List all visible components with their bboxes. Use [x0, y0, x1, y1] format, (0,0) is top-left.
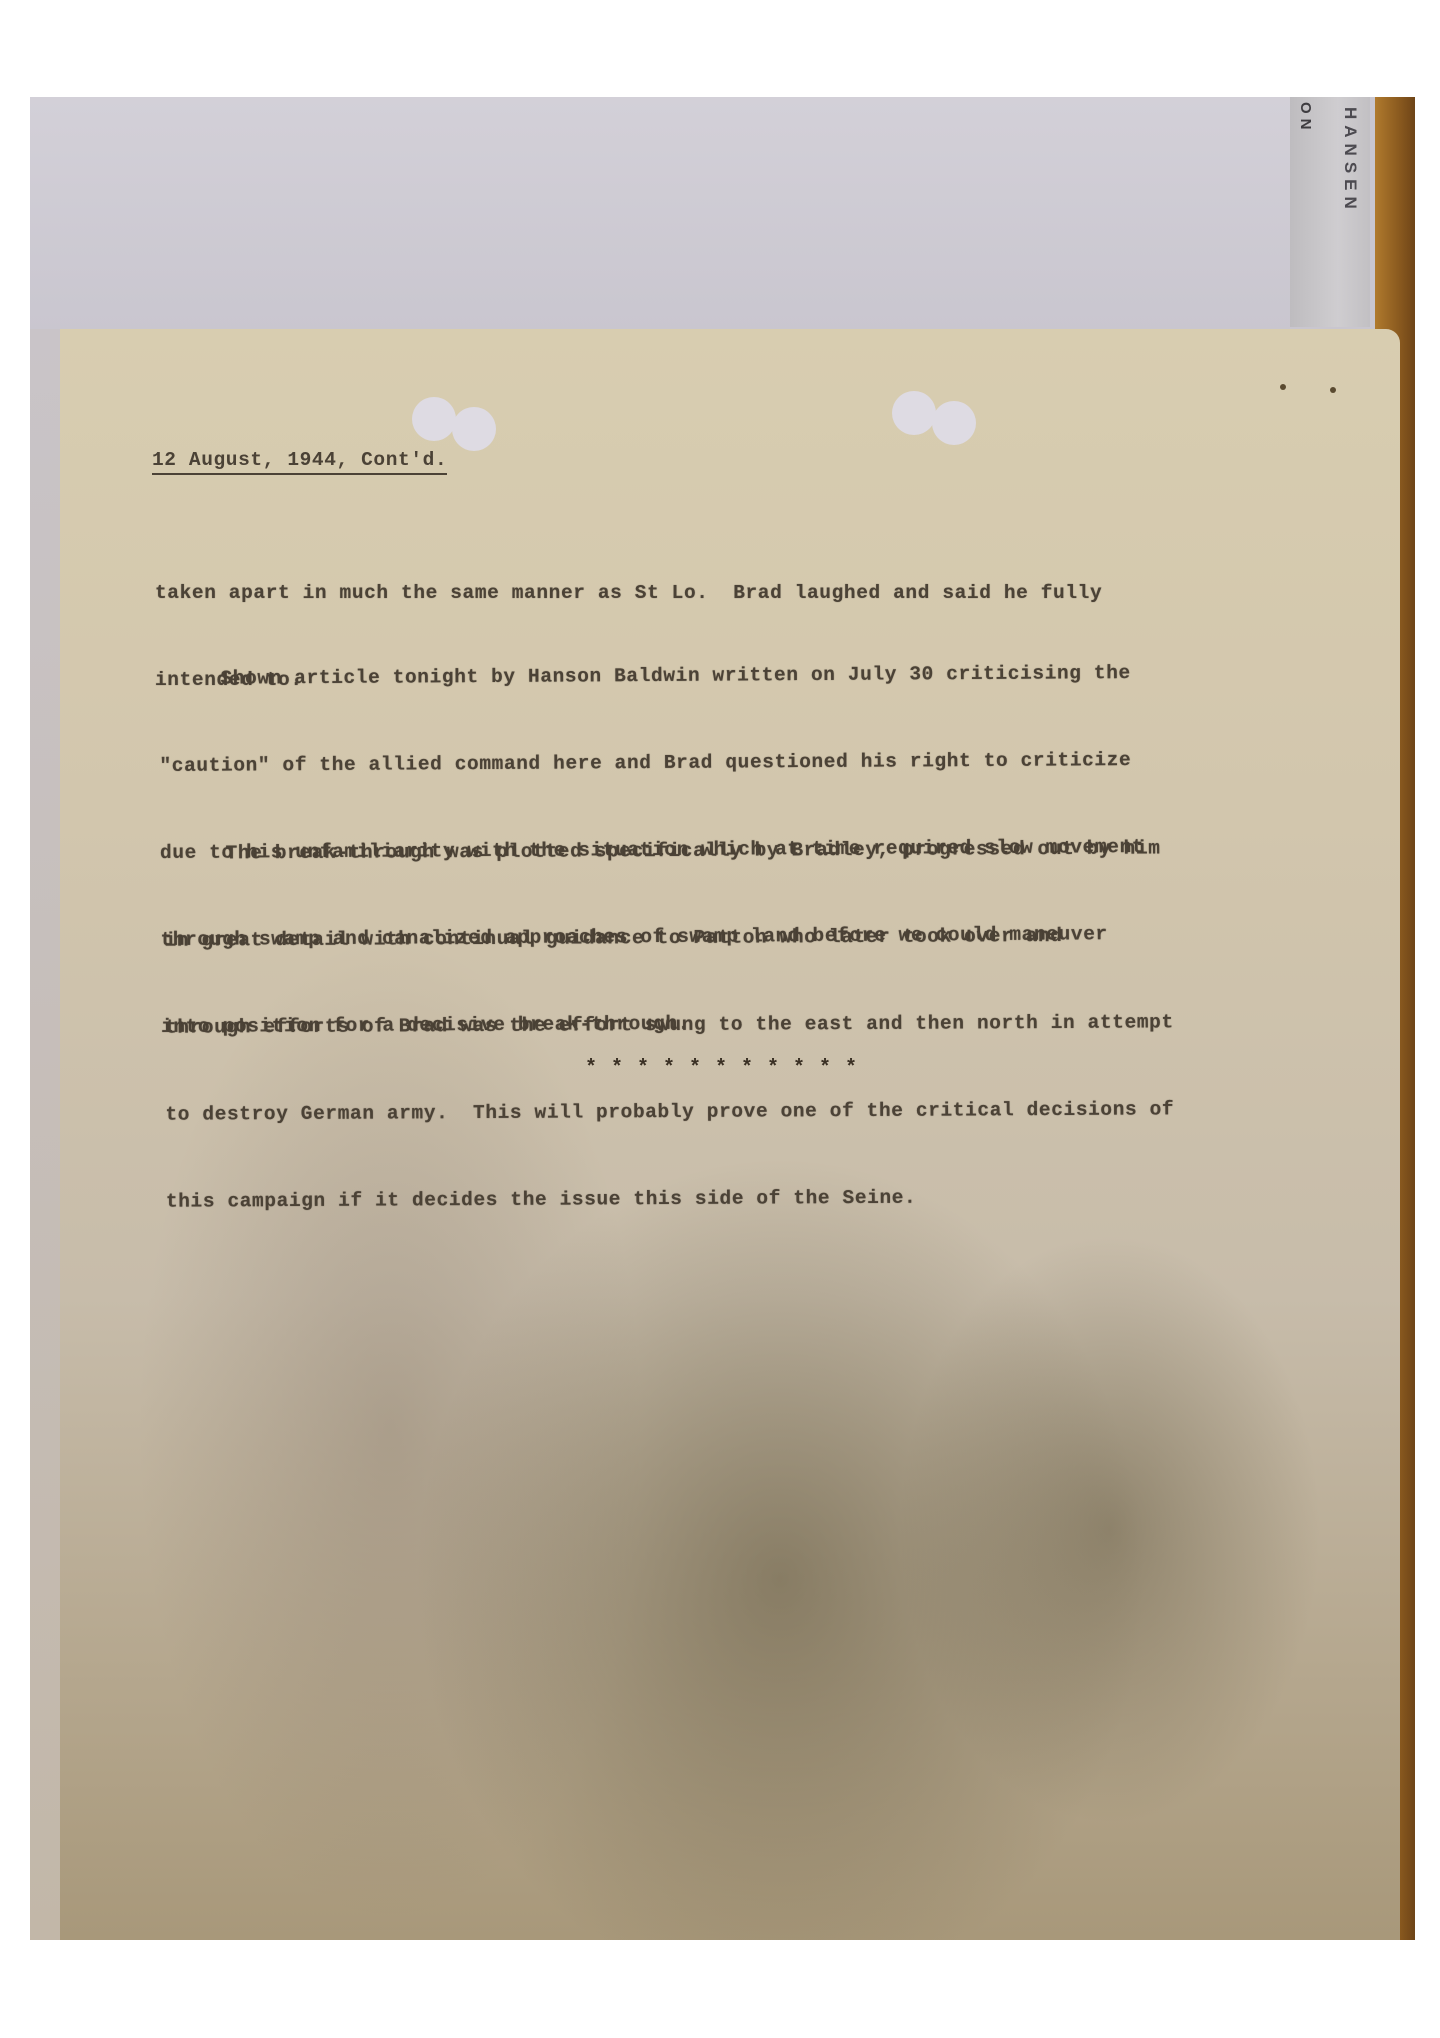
text-line: "caution" of the allied command here and… — [159, 746, 1143, 781]
folder-tab-label: HANSEN — [1330, 107, 1360, 215]
typed-page: 12 August, 1944, Cont'd. taken apart in … — [60, 329, 1400, 1940]
punch-hole — [452, 407, 496, 451]
paper-speck — [1280, 384, 1286, 390]
section-separator: *********** — [585, 1057, 871, 1080]
text-line: this campaign if it decides the issue th… — [166, 1182, 1175, 1216]
text-line: Shown article tonight by Hanson Baldwin … — [159, 659, 1143, 694]
punch-hole — [892, 391, 936, 435]
punch-hole — [932, 401, 976, 445]
paper-speck — [1330, 387, 1336, 393]
folder-tab-label-secondary: ON — [1292, 102, 1314, 135]
text-line: in great detail with continual guidance … — [164, 921, 1173, 955]
paragraph-3: The break-through was plotted specifical… — [164, 776, 1175, 1274]
text-line: The break-through was plotted specifical… — [164, 834, 1173, 868]
page-heading: 12 August, 1944, Cont'd. — [152, 449, 447, 475]
sheet-edge — [30, 329, 60, 1940]
document-photo: HANSEN ON 12 August, 1944, Cont'd. taken… — [30, 97, 1415, 1940]
text-line: through efforts of Brad was the effort s… — [165, 1008, 1174, 1042]
text-line: to destroy German army. This will probab… — [165, 1095, 1174, 1129]
underlying-sheet — [30, 97, 1320, 357]
punch-hole — [412, 397, 456, 441]
